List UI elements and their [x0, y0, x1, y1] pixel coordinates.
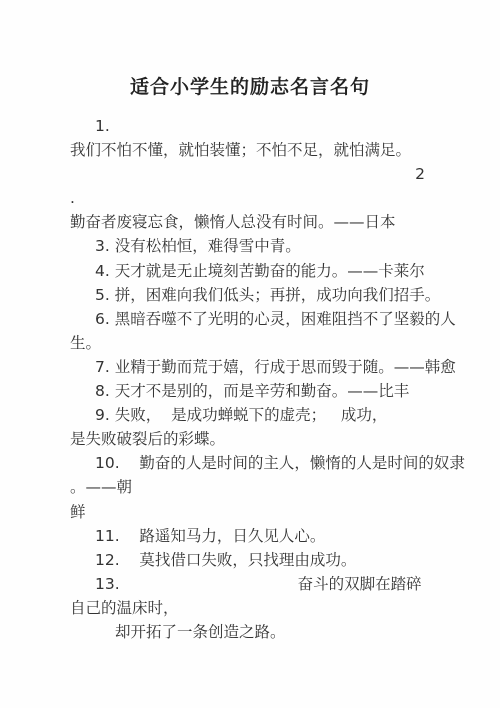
quote-line-13-wrap: 自己的温床时，: [70, 596, 470, 620]
item-number-1: 1.: [70, 114, 470, 138]
quote-line-10-wrap2: 鲜: [70, 500, 470, 524]
quote-line-5: 5. 拼，困难向我们低头；再拼，成功向我们招手。: [70, 283, 470, 307]
item-number-13: 13.: [95, 575, 120, 593]
quote-line-2: 勤奋者废寝忘食，懒惰人总没有时间。——日本: [70, 210, 470, 234]
quote-line-13-wrap2: 却开拓了一条创造之路。: [70, 620, 470, 644]
quote-line-10-wrap: 。——朝: [70, 475, 470, 499]
quote-line-6-wrap: 生。: [70, 331, 470, 355]
document-page: 适合小学生的励志名言名句 1. 我们不怕不懂，就怕装懂；不怕不足，就怕满足。 2…: [0, 0, 500, 708]
quote-line-12: 12. 莫找借口失败，只找理由成功。: [70, 548, 470, 572]
quote-line-9-wrap: 是失败破裂后的彩蝶。: [70, 427, 470, 451]
quote-line-13-phrase: 奋斗的双脚在踏碎: [298, 575, 422, 593]
quote-line-10: 10. 勤奋的人是时间的主人，懒惰的人是时间的奴隶: [70, 451, 470, 475]
quote-line-9: 9. 失败， 是成功蝉蜕下的虚壳； 成功，: [70, 403, 470, 427]
quote-line-1: 我们不怕不懂，就怕装懂；不怕不足，就怕满足。: [70, 138, 470, 162]
quote-line-3: 3. 没有松柏恒，难得雪中青。: [70, 234, 470, 258]
quote-line-7: 7. 业精于勤而荒于嬉，行成于思而毁于随。——韩愈: [70, 355, 470, 379]
quote-line-4: 4. 天才就是无止境刻苦勤奋的能力。——卡莱尔: [70, 259, 470, 283]
stray-period: .: [70, 186, 470, 210]
page-number: 2: [70, 162, 470, 186]
quote-line-13: 13.奋斗的双脚在踏碎: [70, 572, 470, 596]
page-title: 适合小学生的励志名言名句: [0, 72, 500, 99]
quote-list: 1. 我们不怕不懂，就怕装懂；不怕不足，就怕满足。 2 . 勤奋者废寝忘食，懒惰…: [70, 114, 470, 644]
quote-line-8: 8. 天才不是别的，而是辛劳和勤奋。——比丰: [70, 379, 470, 403]
quote-line-6: 6. 黑暗吞噬不了光明的心灵，困难阻挡不了坚毅的人: [70, 307, 470, 331]
quote-line-11: 11. 路遥知马力，日久见人心。: [70, 524, 470, 548]
